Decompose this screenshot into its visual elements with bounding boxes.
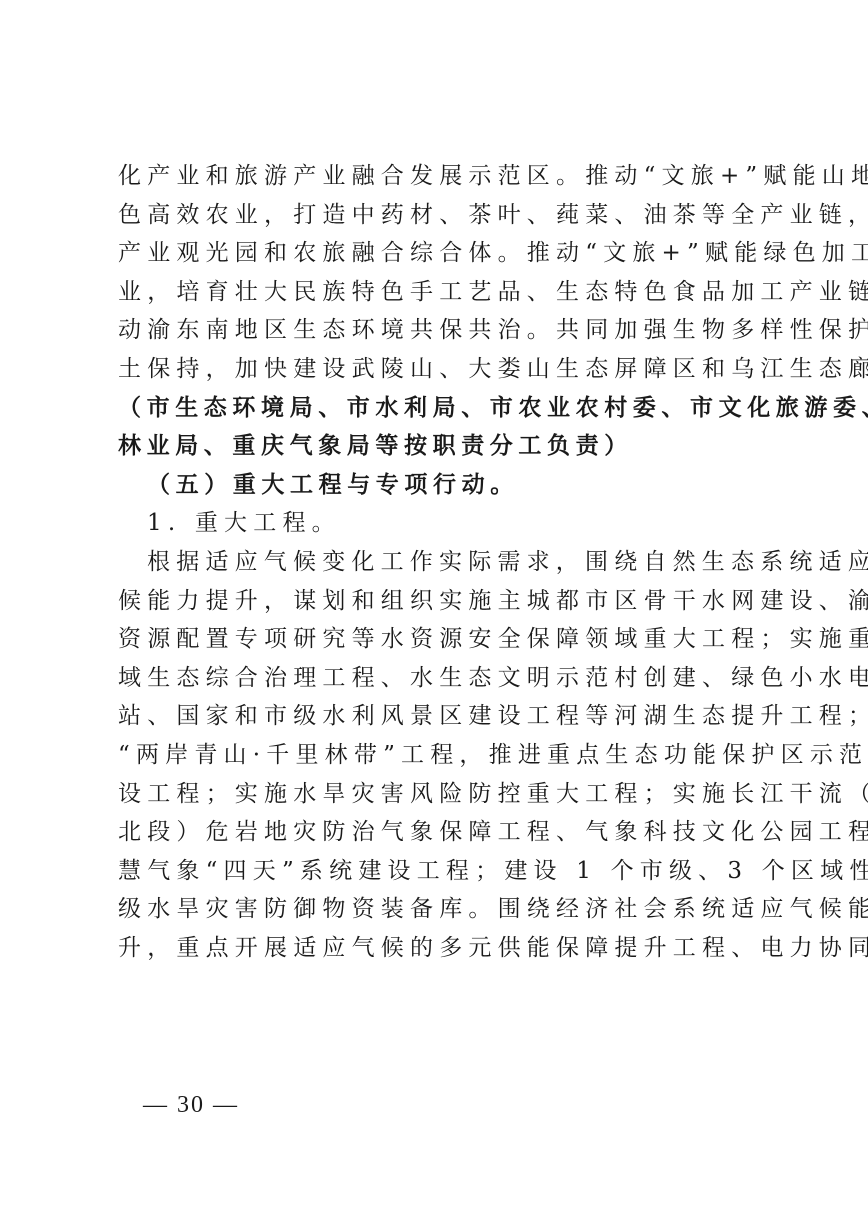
text-line: 设工程；实施水旱灾害风险防控重大工程；实施长江干流（渝东	[118, 775, 768, 814]
text-line: 慧气象“四天”系统建设工程；建设 1 个市级、3 个区域性中心	[118, 852, 768, 891]
text-line: 站、国家和市级水利风景区建设工程等河湖生态提升工程；实施	[118, 697, 768, 736]
text-line: 化产业和旅游产业融合发展示范区。推动“文旅+”赋能山地特	[118, 157, 768, 196]
bold-text-line: （五）重大工程与专项行动。	[118, 466, 768, 505]
bold-text-line: （市生态环境局、市水利局、市农业农村委、市文化旅游委、市	[118, 389, 768, 428]
text-line: 产业观光园和农旅融合综合体。推动“文旅+”赋能绿色加工产	[118, 234, 768, 273]
text-line: 动渝东南地区生态环境共保共治。共同加强生物多样性保护和水	[118, 311, 768, 350]
text-line: 土保持，加快建设武陵山、大娄山生态屏障区和乌江生态廊道。	[118, 350, 768, 389]
text-line: 级水旱灾害防御物资装备库。围绕经济社会系统适应气候能力提	[118, 890, 768, 929]
text-line: 域生态综合治理工程、水生态文明示范村创建、绿色小水电示范	[118, 659, 768, 698]
text-line: 北段）危岩地灾防治气象保障工程、气象科技文化公园工程、智	[118, 813, 768, 852]
bold-text-line: 林业局、重庆气象局等按职责分工负责）	[118, 427, 768, 466]
text-line: 色高效农业，打造中药材、茶叶、莼菜、油茶等全产业链，发展	[118, 196, 768, 235]
text-line: 升，重点开展适应气候的多元供能保障提升工程、电力协同保障工	[118, 929, 768, 968]
text-line: 业，培育壮大民族特色手工艺品、生态特色食品加工产业链。联	[118, 273, 768, 312]
text-line: 候能力提升，谋划和组织实施主城都市区骨干水网建设、渝南水	[118, 582, 768, 621]
page-number: — 30 —	[143, 1092, 239, 1119]
text-line: “两岸青山·千里林带”工程，推进重点生态功能保护区示范建	[118, 736, 768, 775]
document-body: 化产业和旅游产业融合发展示范区。推动“文旅+”赋能山地特色高效农业，打造中药材、…	[118, 157, 768, 967]
text-line: 1. 重大工程。	[118, 504, 768, 543]
document-page: 化产业和旅游产业融合发展示范区。推动“文旅+”赋能山地特色高效农业，打造中药材、…	[0, 0, 868, 1228]
text-line: 资源配置专项研究等水资源安全保障领域重大工程；实施重点流	[118, 620, 768, 659]
text-line: 根据适应气候变化工作实际需求，围绕自然生态系统适应气	[118, 543, 768, 582]
